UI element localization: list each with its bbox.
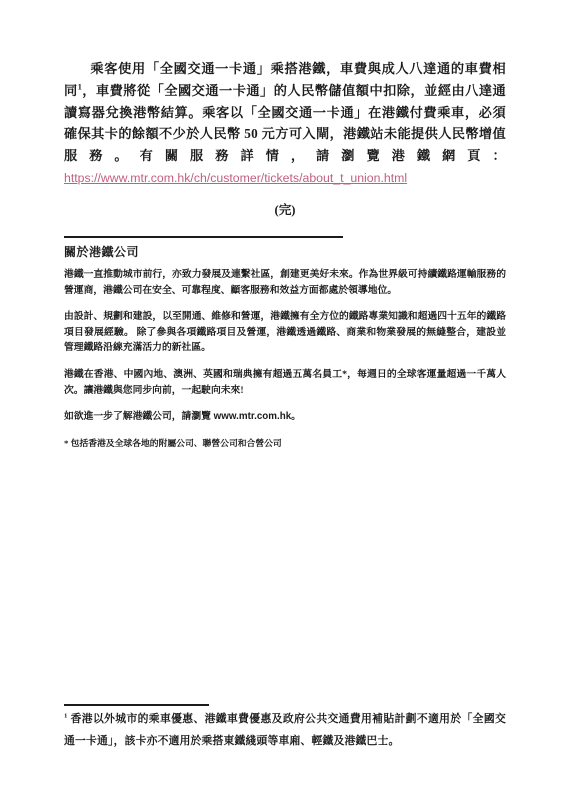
about-section-divider xyxy=(64,236,343,238)
about-paragraph-1: 港鐵一直推動城市前行，亦致力發展及連繫社區，創建更美好未來。作為世界級可持續鐵路… xyxy=(64,267,506,298)
footnote-divider xyxy=(64,704,209,706)
about-paragraph-4: 如欲進一步了解港鐵公司，請瀏覽 www.mtr.com.hk。 xyxy=(64,409,506,425)
intro-text-after-ref: ，車費將從「全國交通一卡通」的人民幣儲值額中扣除，並經由八達通讀寫器兌換港幣結算… xyxy=(64,83,506,163)
about-paragraph-2: 由設計、規劃和建設，以至開通、維修和營運，港鐵擁有全方位的鐵路專業知識和超過四十… xyxy=(64,309,506,356)
footnote-number: 1 xyxy=(64,712,68,719)
footnote: 1 香港以外城市的乘車優惠、港鐵車費優惠及政府公共交通費用補貼計劃不適用於「全國… xyxy=(64,709,506,752)
end-mark: (完) xyxy=(64,199,506,218)
about-section-heading: 關於港鐵公司 xyxy=(64,243,506,260)
intro-paragraph: 乘客使用「全國交通一卡通」乘搭港鐵，車費與成人八達通的車費相同1，車費將從「全國… xyxy=(64,58,506,190)
document-page: 乘客使用「全國交通一卡通」乘搭港鐵，車費與成人八達通的車費相同1，車費將從「全國… xyxy=(0,0,570,800)
about-section: 關於港鐵公司 港鐵一直推動城市前行，亦致力發展及連繫社區，創建更美好未來。作為世… xyxy=(64,243,506,449)
about-paragraph-3: 港鐵在香港、中國內地、澳洲、英國和瑞典擁有超過五萬名員工*，每週日的全球客運量超… xyxy=(64,367,506,398)
tunion-info-link[interactable]: https://www.mtr.com.hk/ch/customer/ticke… xyxy=(64,171,407,185)
subsidiaries-note: * 包括香港及全球各地的附屬公司、聯營公司和合營公司 xyxy=(64,436,506,449)
footnote-text: 香港以外城市的乘車優惠、港鐵車費優惠及政府公共交通費用補貼計劃不適用於「全國交通… xyxy=(64,713,506,747)
